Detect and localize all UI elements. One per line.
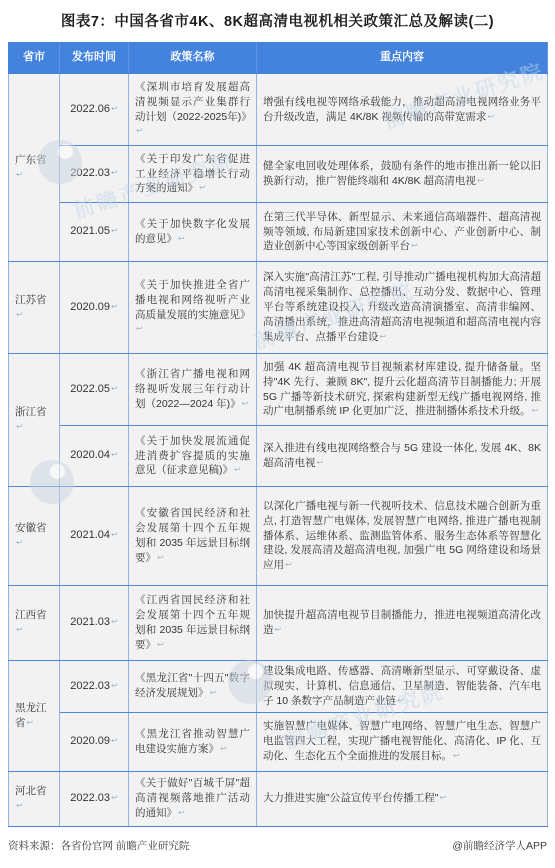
return-mark: ↩: [27, 718, 34, 727]
date-cell: 2021.05↩: [60, 203, 129, 262]
content-cell: 在第三代半导体、新型显示、未来通信高端器件、超高清视频等领域, 布局新建国家技术…: [257, 203, 548, 262]
policy-name-cell: 《深圳市培育发展超高清视频显示产业集群行动计划（2022-2025年)》↩: [129, 74, 257, 146]
content-cell: 加强 4K 超高清电视节目视频素材库建设, 提升储备量。坚持"4K 先行、兼顾 …: [257, 354, 548, 426]
return-mark: ↩: [111, 384, 118, 393]
table-row: 2021.05↩ 《关于加快数字化发展的意见》↩ 在第三代半导体、新型显示、未来…: [9, 203, 548, 262]
header-policy-name: 政策名称: [129, 43, 257, 74]
date-cell: 2022.03↩: [60, 661, 129, 713]
return-mark: ↩: [136, 126, 143, 135]
return-mark: ↩: [111, 736, 118, 745]
header-province: 省市: [9, 43, 60, 74]
page-title: 图表7：中国各省市4K、8K超高清电视机相关政策汇总及解读(二): [0, 10, 555, 31]
province-cell: 浙江省↩: [9, 354, 60, 487]
province-cell: 安徽省↩: [9, 487, 60, 586]
return-mark: ↩: [397, 696, 404, 705]
policy-name-cell: 《黑龙江省推动智慧广电建设实施方案》↩: [129, 712, 257, 771]
return-mark: ↩: [16, 170, 23, 179]
content-cell: 深入实施"高清江苏"工程, 引导推动广播电视机构加大高清超高清电视采集制作、总控…: [257, 262, 548, 354]
content-cell: 健全家电回收处理体系，鼓励有条件的地市推出新一轮以旧换新行动，推广智能终端和 4…: [257, 146, 548, 203]
content-cell: 实施智慧广电媒体、智慧广电网络、智慧广电生态、智慧广电监管四大工程，实现广播电视…: [257, 712, 548, 771]
province-cell: 广东省↩: [9, 74, 60, 262]
policy-table: 省市 发布时间 政策名称 重点内容 广东省↩ 2022.06↩ 《深圳市培育发展…: [8, 42, 548, 827]
date-cell: 2022.03↩: [60, 771, 129, 826]
return-mark: ↩: [439, 793, 446, 802]
table-row: 江西省↩ 2021.03↩ 《江西省国民经济和社会发展第十四个五年规划和 203…: [9, 586, 548, 661]
table-row: 浙江省↩ 2022.05↩ 《浙江省广播电视和网络视听发展三年行动计划（2022…: [9, 354, 548, 426]
province-cell: 江苏省↩: [9, 262, 60, 354]
table-header-row: 省市 发布时间 政策名称 重点内容: [9, 43, 548, 74]
table-row: 2022.03↩ 《关于印发广东省促进工业经济平稳增长行动方案的通知》↩ 健全家…: [9, 146, 548, 203]
return-mark: ↩: [111, 302, 118, 311]
return-mark: ↩: [111, 617, 118, 626]
content-cell: 深入推进有线电视网络整合与 5G 建设一体化, 发展 4K、8K 超高清电视↩: [257, 426, 548, 487]
return-mark: ↩: [16, 538, 23, 547]
header-date: 发布时间: [60, 43, 129, 74]
content-cell: 大力推进实施"公益宣传平台传播工程"↩: [257, 771, 548, 826]
table-row: 黑龙江省↩ 2022.03↩ 《黑龙江省"十四五"数字经济发展规划》↩ 建设集成…: [9, 661, 548, 713]
policy-name-cell: 《关于做好"百城千屏"超高清视频落地推广活动的通知》↩: [129, 771, 257, 826]
policy-name-cell: 《江西省国民经济和社会发展第十四个五年规划和 2035 年远景目标纲要》↩: [129, 586, 257, 661]
return-mark: ↩: [275, 625, 282, 634]
return-mark: ↩: [532, 406, 539, 415]
return-mark: ↩: [411, 241, 418, 250]
return-mark: ↩: [111, 226, 118, 235]
return-mark: ↩: [157, 553, 164, 562]
content-cell: 加快提升超高清电视节目制播能力，推进电视频道高清化改造↩: [257, 586, 548, 661]
return-mark: ↩: [453, 751, 460, 760]
return-mark: ↩: [136, 324, 143, 333]
province-cell: 江西省↩: [9, 586, 60, 661]
table-row: 安徽省↩ 2021.04↩ 《安徽省国民经济和社会发展第十四个五年规划和 203…: [9, 487, 548, 586]
policy-name-cell: 《安徽省国民经济和社会发展第十四个五年规划和 2035 年远景目标纲要》↩: [129, 487, 257, 586]
return-mark: ↩: [16, 422, 23, 431]
date-cell: 2020.09↩: [60, 262, 129, 354]
date-cell: 2021.03↩: [60, 586, 129, 661]
content-cell: 以深化广播电视与新一代视听技术、信息技术融合创新为重点, 打造智慧广电媒体, 发…: [257, 487, 548, 586]
return-mark: ↩: [16, 625, 23, 634]
return-mark: ↩: [220, 744, 227, 753]
source-note: 资料来源：各省份官网 前瞻产业研究院: [8, 838, 189, 853]
content-cell: 建设集成电路、传感器、高清晰新型显示、可穿戴设备、虚拟现实、计算机、信息通信、卫…: [257, 661, 548, 713]
date-cell: 2020.09↩: [60, 712, 129, 771]
province-cell: 黑龙江省↩: [9, 661, 60, 772]
return-mark: ↩: [285, 560, 292, 569]
return-mark: ↩: [210, 688, 217, 697]
return-mark: ↩: [199, 183, 206, 192]
return-mark: ↩: [487, 112, 494, 121]
return-mark: ↩: [317, 458, 324, 467]
return-mark: ↩: [477, 176, 484, 185]
return-mark: ↩: [111, 168, 118, 177]
table-row: 河北省↩ 2022.03↩ 《关于做好"百城千屏"超高清视频落地推广活动的通知》…: [9, 771, 548, 826]
return-mark: ↩: [234, 465, 241, 474]
date-cell: 2021.04↩: [60, 487, 129, 586]
return-mark: ↩: [111, 530, 118, 539]
footer: 资料来源：各省份官网 前瞻产业研究院 @前瞻经济学人APP: [8, 838, 547, 853]
policy-name-cell: 《关于加快发展流通促进消费扩容提质的实施意见（征求意见稿)》↩: [129, 426, 257, 487]
policy-name-cell: 《关于印发广东省促进工业经济平稳增长行动方案的通知》↩: [129, 146, 257, 203]
table-row: 江苏省↩ 2020.09↩ 《关于加快推进全省广播电视和网络视听产业高质量发展的…: [9, 262, 548, 354]
return-mark: ↩: [111, 104, 118, 113]
content-cell: 增强有线电视等网络承载能力，推动超高清电视网络业务平台升级改造，满足 4K/8K…: [257, 74, 548, 146]
table-row: 2020.04↩ 《关于加快发展流通促进消费扩容提质的实施意见（征求意见稿)》↩…: [9, 426, 548, 487]
table-row: 2020.09↩ 《黑龙江省推动智慧广电建设实施方案》↩ 实施智慧广电媒体、智慧…: [9, 712, 548, 771]
return-mark: ↩: [157, 640, 164, 649]
return-mark: ↩: [178, 808, 185, 817]
policy-table-wrap: 省市 发布时间 政策名称 重点内容 广东省↩ 2022.06↩ 《深圳市培育发展…: [8, 42, 547, 827]
province-cell: 河北省↩: [9, 771, 60, 826]
return-mark: ↩: [111, 450, 118, 459]
table-row: 广东省↩ 2022.06↩ 《深圳市培育发展超高清视频显示产业集群行动计划（20…: [9, 74, 548, 146]
date-cell: 2022.03↩: [60, 146, 129, 203]
date-cell: 2022.05↩: [60, 354, 129, 426]
return-mark: ↩: [16, 801, 23, 810]
return-mark: ↩: [111, 681, 118, 690]
policy-name-cell: 《关于加快数字化发展的意见》↩: [129, 203, 257, 262]
policy-name-cell: 《关于加快推进全省广播电视和网络视听产业高质量发展的实施意见》↩: [129, 262, 257, 354]
return-mark: ↩: [178, 234, 185, 243]
app-credit: @前瞻经济学人APP: [452, 838, 547, 853]
return-mark: ↩: [16, 310, 23, 319]
date-cell: 2020.04↩: [60, 426, 129, 487]
header-key-content: 重点内容: [257, 43, 548, 74]
return-mark: ↩: [242, 399, 249, 408]
return-mark: ↩: [111, 793, 118, 802]
policy-name-cell: 《黑龙江省"十四五"数字经济发展规划》↩: [129, 661, 257, 713]
date-cell: 2022.06↩: [60, 74, 129, 146]
policy-name-cell: 《浙江省广播电视和网络视听发展三年行动计划（2022—2024 年)》↩: [129, 354, 257, 426]
return-mark: ↩: [380, 332, 387, 341]
